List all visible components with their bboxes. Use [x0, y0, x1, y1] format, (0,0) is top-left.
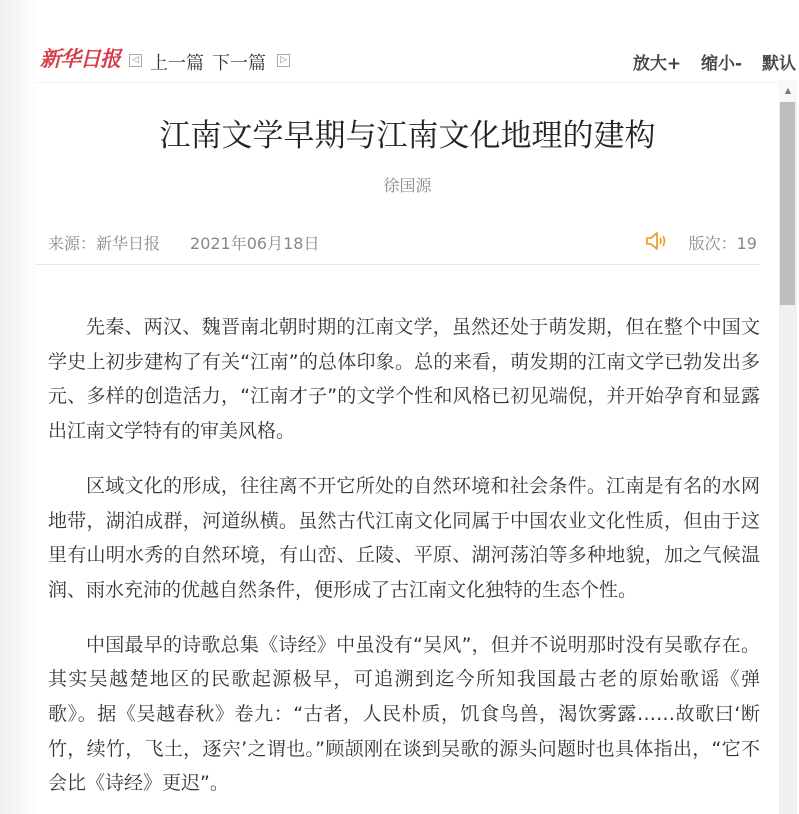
zoom-in-button[interactable]: 放大+ — [633, 54, 681, 74]
scroll-up-arrow-icon[interactable]: ▲ — [779, 80, 797, 102]
article-title: 江南文学早期与江南文化地理的建构 — [36, 110, 779, 155]
article-source: 来源：新华日报 — [48, 234, 160, 253]
prev-arrow-icon[interactable]: ◁ — [129, 54, 142, 67]
article-meta: 来源：新华日报2021年06月18日 — [48, 231, 319, 254]
left-margin — [0, 0, 36, 814]
scrollbar-thumb[interactable] — [780, 102, 795, 305]
header-divider — [36, 82, 779, 83]
top-toolbar: 新华日报 ◁ 上一篇 下一篇 ▷ 放大+ 缩小- 默认 — [36, 40, 779, 80]
article-date: 2021年06月18日 — [190, 234, 319, 253]
speaker-icon[interactable] — [645, 231, 669, 255]
meta-divider — [36, 264, 760, 265]
vertical-scrollbar[interactable]: ▲ — [779, 80, 797, 814]
newspaper-logo: 新华日报 — [40, 43, 120, 73]
paragraph: 中国最早的诗歌总集《诗经》中虽没有“吴风”，但并不说明那时没有吴歌存在。其实吴越… — [48, 628, 760, 802]
article-edition: 版次：19 — [689, 231, 757, 254]
next-arrow-icon[interactable]: ▷ — [277, 54, 290, 67]
article-body: 先秦、两汉、魏晋南北朝时期的江南文学，虽然还处于萌发期，但在整个中国文学史上初步… — [48, 310, 760, 814]
paragraph: 先秦、两汉、魏晋南北朝时期的江南文学，虽然还处于萌发期，但在整个中国文学史上初步… — [48, 310, 760, 449]
paragraph: 区域文化的形成，往往离不开它所处的自然环境和社会条件。江南是有名的水网地带，湖泊… — [48, 469, 760, 608]
zoom-out-button[interactable]: 缩小- — [701, 54, 742, 74]
prev-article-link[interactable]: 上一篇 — [150, 49, 204, 75]
article-author: 徐国源 — [36, 173, 779, 196]
default-size-button[interactable]: 默认 — [762, 54, 796, 74]
article-page: 新华日报 ◁ 上一篇 下一篇 ▷ 放大+ 缩小- 默认 江南文学早期与江南文化地… — [36, 0, 779, 814]
font-size-controls: 放大+ 缩小- 默认 — [619, 49, 796, 74]
next-article-link[interactable]: 下一篇 — [212, 49, 266, 75]
